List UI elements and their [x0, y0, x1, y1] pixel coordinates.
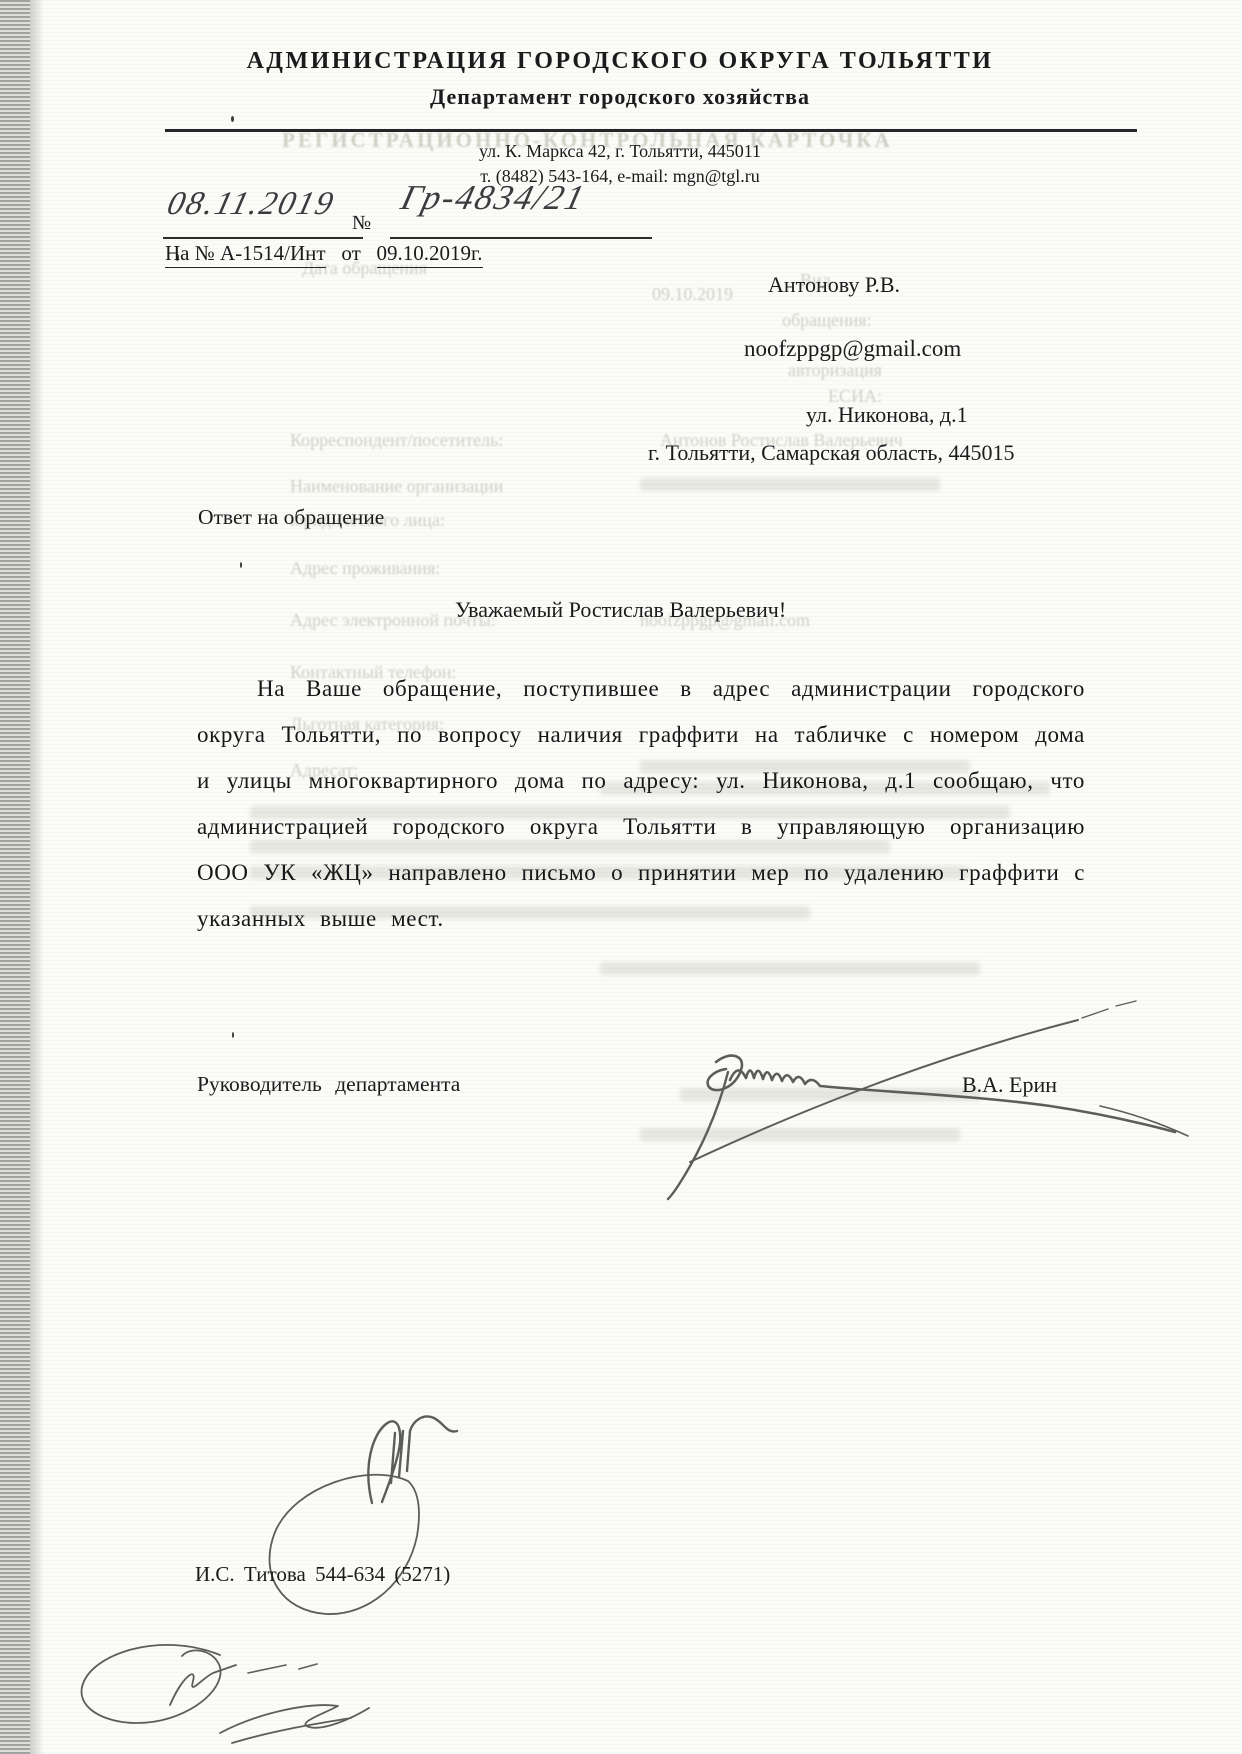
director-signature — [630, 1000, 1210, 1210]
scan-edge-artifact — [0, 0, 30, 1754]
letterhead-contacts: т. (8482) 543-164, e-mail: mgn@tgl.ru — [30, 166, 1210, 187]
bleedthrough-text: обращения: — [782, 310, 872, 331]
scan-speck — [240, 562, 242, 568]
bleedthrough-text: Адрес проживания: — [290, 558, 440, 579]
recipient-email: noofzppgp@gmail.com — [744, 336, 961, 362]
bleedthrough-text: Наименование организации — [290, 476, 503, 497]
signer-position-title: Руководитель департамента — [197, 1072, 460, 1097]
department-subtitle: Департамент городского хозяйства — [30, 84, 1210, 110]
bottom-signatures — [70, 1615, 390, 1754]
handwritten-outgoing-date: 08.11.2019 — [163, 186, 338, 223]
recipient-address-city: г. Тольятти, Самарская область, 445015 — [648, 440, 1014, 466]
incoming-ref-date: 09.10.2019г. — [377, 241, 483, 268]
recipient-name: Антонову Р.В. — [768, 272, 900, 298]
organization-title: АДМИНИСТРАЦИЯ ГОРОДСКОГО ОКРУГА ТОЛЬЯТТИ — [30, 48, 1210, 75]
executor-signature — [250, 1405, 470, 1635]
bleedthrough-text: 09.10.2019 — [652, 284, 733, 305]
from-label: от — [341, 241, 360, 265]
body-paragraph: На Ваше обращение, поступившее в адрес а… — [197, 666, 1085, 942]
scan-edge-fade — [30, 0, 44, 1754]
scanned-letter-page: РЕГИСТРАЦИОННО-КОНТРОЛЬНАЯ КАРТОЧКАДата … — [0, 0, 1242, 1754]
handwritten-outgoing-number: Гр-4834/21 — [397, 178, 590, 218]
salutation: Уважаемый Ростислав Валерьевич! — [455, 597, 786, 623]
executor-contact-line: И.С. Титова 544-634 (5271) — [195, 1562, 450, 1587]
recipient-address-street: ул. Никонова, д.1 — [806, 402, 968, 428]
scan-speck — [232, 1032, 234, 1038]
incoming-ref-number: На № А-1514/Инт — [165, 241, 326, 268]
bleedthrough-text: авторизация — [788, 360, 882, 381]
number-sign: № — [352, 212, 371, 235]
bleedthrough-bar — [600, 962, 980, 975]
bleedthrough-text: Корреспондент/посетитель: — [290, 430, 503, 451]
scan-speck — [231, 116, 234, 122]
incoming-reference-line: На № А-1514/Инт от 09.10.2019г. — [165, 241, 483, 266]
letterhead-rule — [165, 129, 1137, 132]
bleedthrough-bar — [640, 478, 940, 491]
letterhead-address: ул. К. Маркса 42, г. Тольятти, 445011 — [30, 141, 1210, 162]
subject-line: Ответ на обращение — [198, 505, 384, 530]
